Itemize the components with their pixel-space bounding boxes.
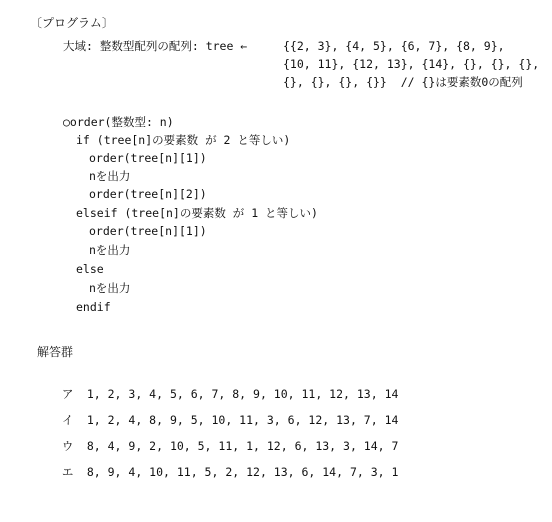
- tree-line-1: {{2, 3}, {4, 5}, {6, 7}, {8, 9},: [283, 38, 505, 54]
- declaration-prefix: 大域: 整数型配列の配列: tree ←: [63, 38, 247, 54]
- tree-line-2: {10, 11}, {12, 13}, {14}, {}, {}, {},: [283, 56, 539, 72]
- code-line: elseif (tree[n]の要素数 が 1 と等しい): [76, 205, 318, 221]
- option-value: 8, 9, 4, 10, 11, 5, 2, 12, 13, 6, 14, 7,…: [87, 465, 399, 479]
- code-line: order(tree[n][1]): [89, 223, 207, 239]
- code-line: else: [76, 261, 104, 277]
- code-line: order(tree[n][2]): [89, 186, 207, 202]
- code-line: order(tree[n][1]): [89, 150, 207, 166]
- answers-label: 解答群: [37, 344, 73, 360]
- code-line: nを出力: [89, 280, 130, 296]
- tree-line-3: {}, {}, {}, {}} // {}は要素数0の配列: [283, 74, 523, 90]
- code-line: nを出力: [89, 242, 130, 258]
- code-line: nを出力: [89, 168, 130, 184]
- code-line: ○order(整数型: n): [63, 114, 174, 130]
- code-line: if (tree[n]の要素数 が 2 と等しい): [76, 132, 290, 148]
- answer-option-e[interactable]: エ8, 9, 4, 10, 11, 5, 2, 12, 13, 6, 14, 7…: [48, 448, 398, 480]
- code-line: endif: [76, 299, 111, 315]
- program-heading: 〔プログラム〕: [30, 15, 114, 31]
- option-key: エ: [62, 464, 87, 480]
